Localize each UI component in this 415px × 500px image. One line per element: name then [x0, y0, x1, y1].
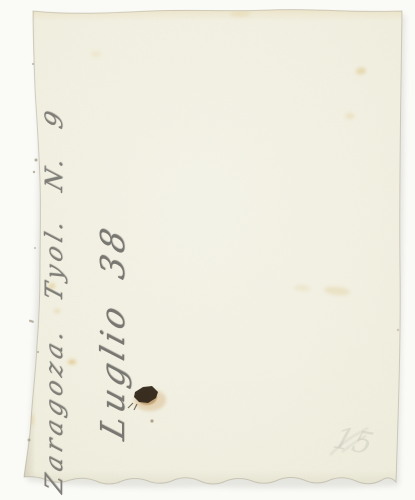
photo-paper-graphic — [0, 0, 415, 500]
photo-back-scan: Zaragoza. Tyol. N. 9 Luglio 38 15 — [0, 0, 415, 500]
